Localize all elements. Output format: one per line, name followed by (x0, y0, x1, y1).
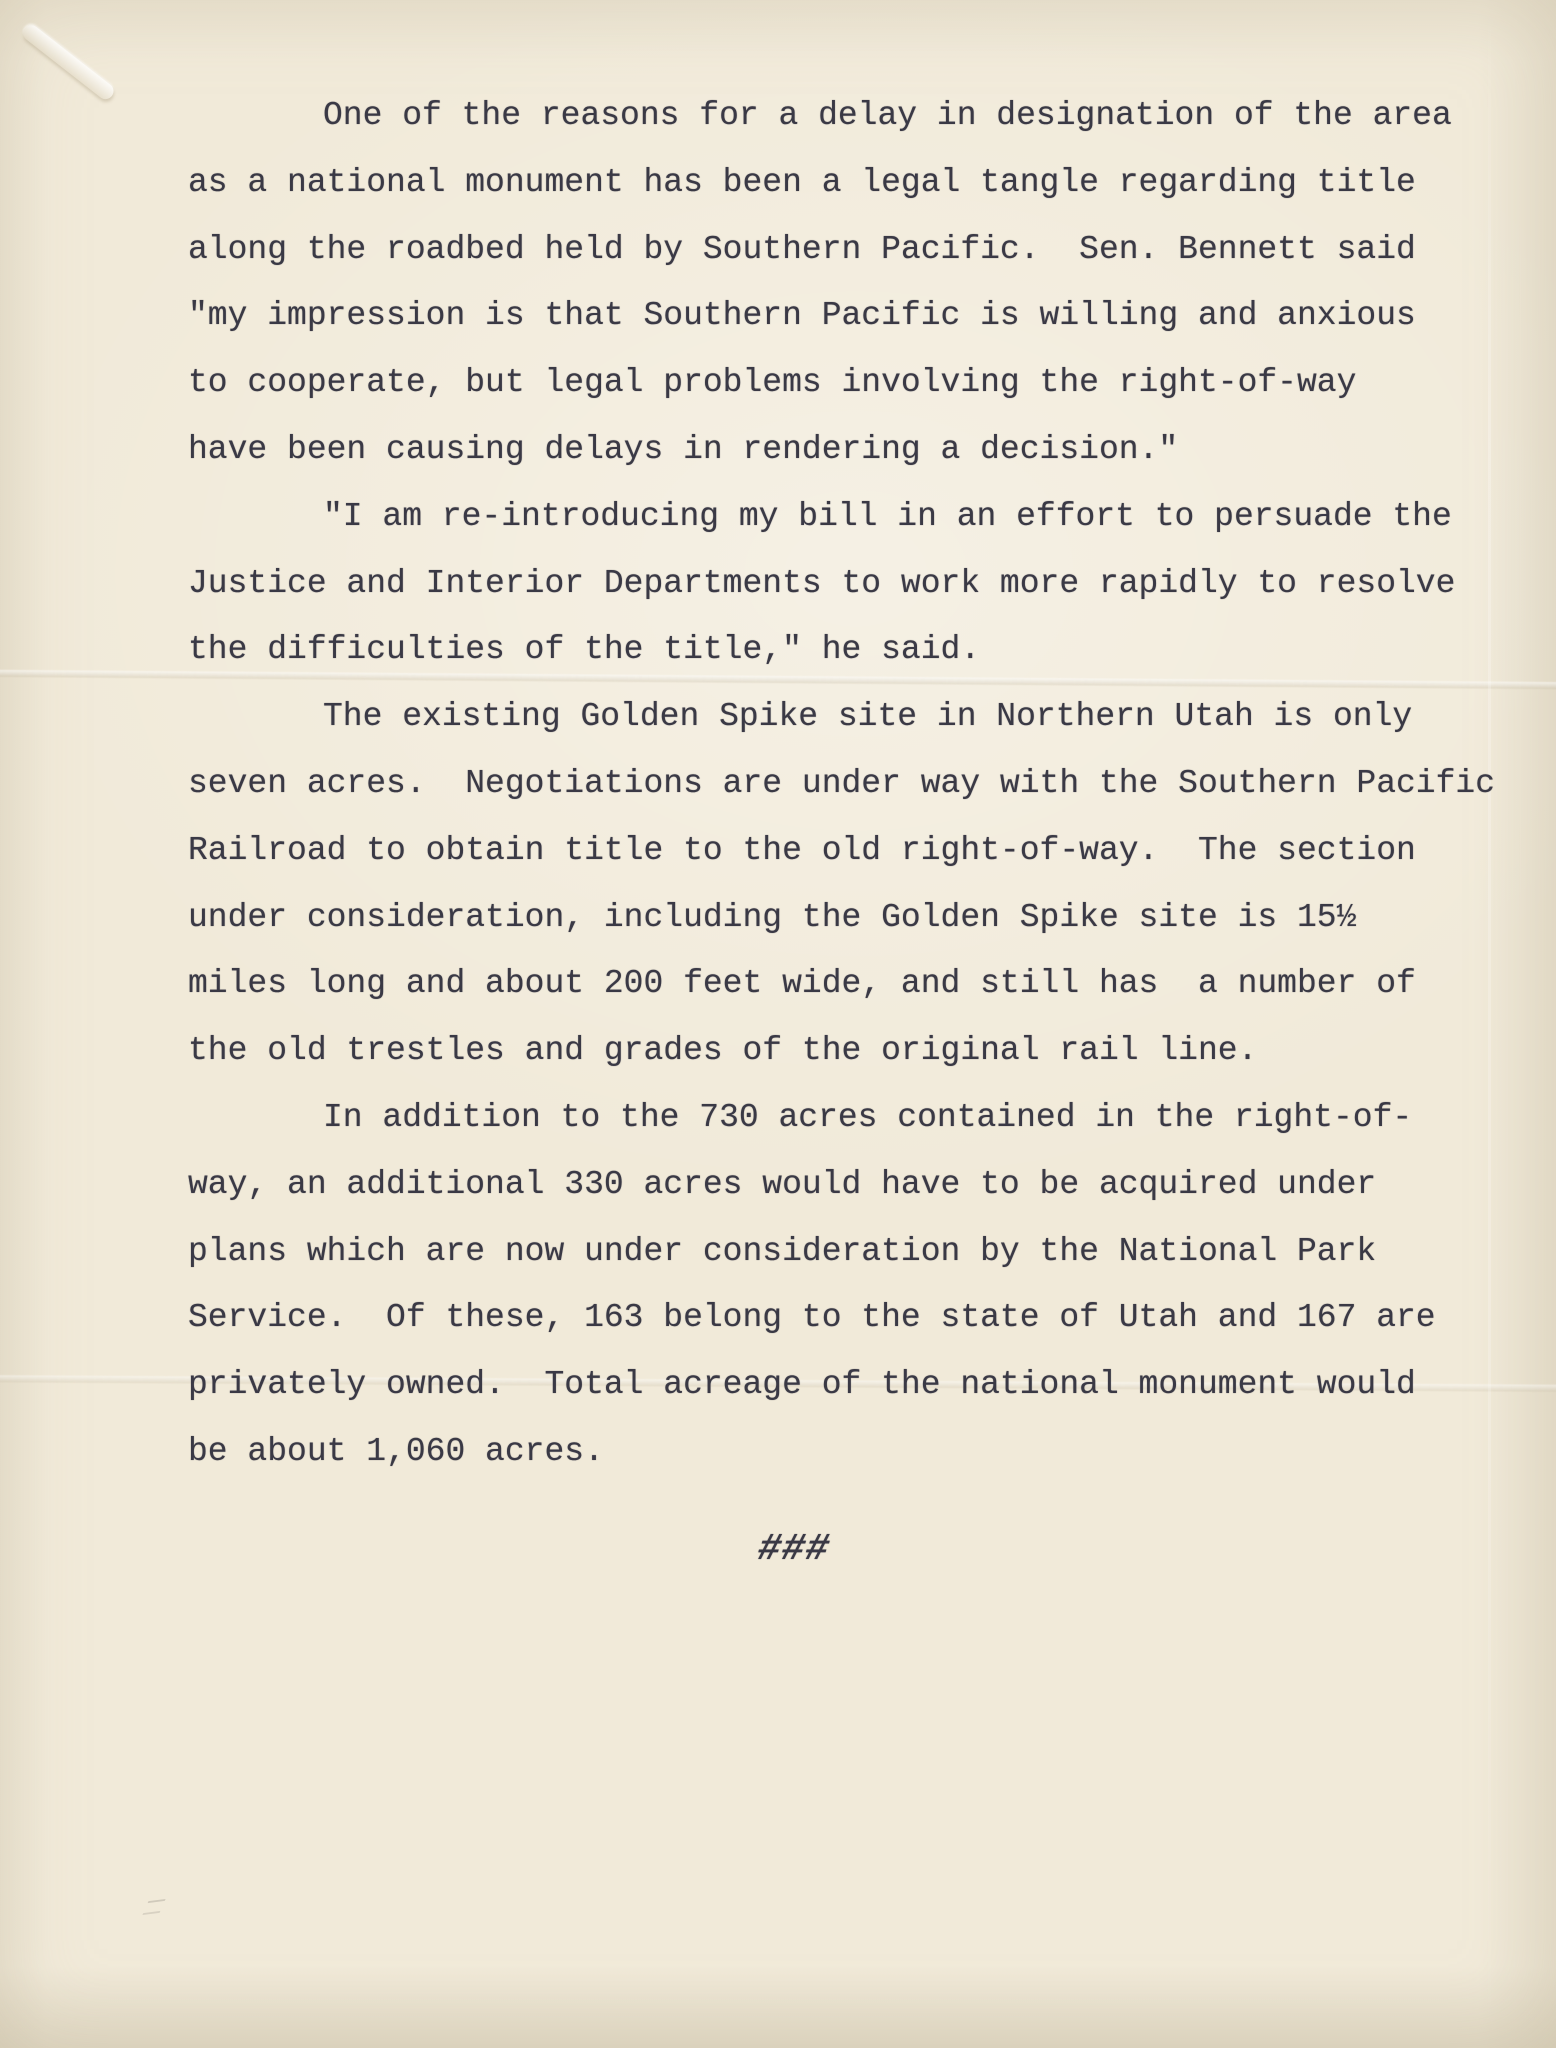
typewritten-line: as a national monument has been a legal … (188, 150, 1528, 217)
typewritten-line: along the roadbed held by Southern Pacif… (188, 217, 1528, 284)
typewritten-line: way, an additional 330 acres would have … (188, 1152, 1528, 1219)
typewritten-line: the old trestles and grades of the origi… (188, 1018, 1528, 1085)
end-marker: ### (752, 1528, 836, 1571)
typewritten-line: Railroad to obtain title to the old righ… (188, 818, 1528, 885)
typewritten-line: One of the reasons for a delay in design… (188, 83, 1528, 150)
typewritten-line: privately owned. Total acreage of the na… (188, 1352, 1528, 1419)
typewritten-line: "I am re-introducing my bill in an effor… (188, 484, 1528, 551)
typewritten-line: The existing Golden Spike site in Northe… (188, 684, 1528, 751)
paper-speck (142, 1899, 165, 1915)
typewritten-line: the difficulties of the title," he said. (188, 617, 1528, 684)
typewritten-line: "my impression is that Southern Pacific … (188, 283, 1528, 350)
paper-tear-mark (20, 22, 117, 102)
typewritten-text: One of the reasons for a delay in design… (188, 83, 1528, 1486)
typewritten-line: Service. Of these, 163 belong to the sta… (188, 1285, 1528, 1352)
typewritten-line: be about 1,060 acres. (188, 1419, 1528, 1486)
document-page: One of the reasons for a delay in design… (0, 0, 1556, 2048)
typewritten-line: plans which are now under consideration … (188, 1219, 1528, 1286)
typewritten-line: seven acres. Negotiations are under way … (188, 751, 1528, 818)
typewritten-line: to cooperate, but legal problems involvi… (188, 350, 1528, 417)
typewritten-line: In addition to the 730 acres contained i… (188, 1085, 1528, 1152)
typewritten-line: under consideration, including the Golde… (188, 885, 1528, 952)
typewritten-line: have been causing delays in rendering a … (188, 417, 1528, 484)
typewritten-line: miles long and about 200 feet wide, and … (188, 951, 1528, 1018)
typewritten-line: Justice and Interior Departments to work… (188, 551, 1528, 618)
